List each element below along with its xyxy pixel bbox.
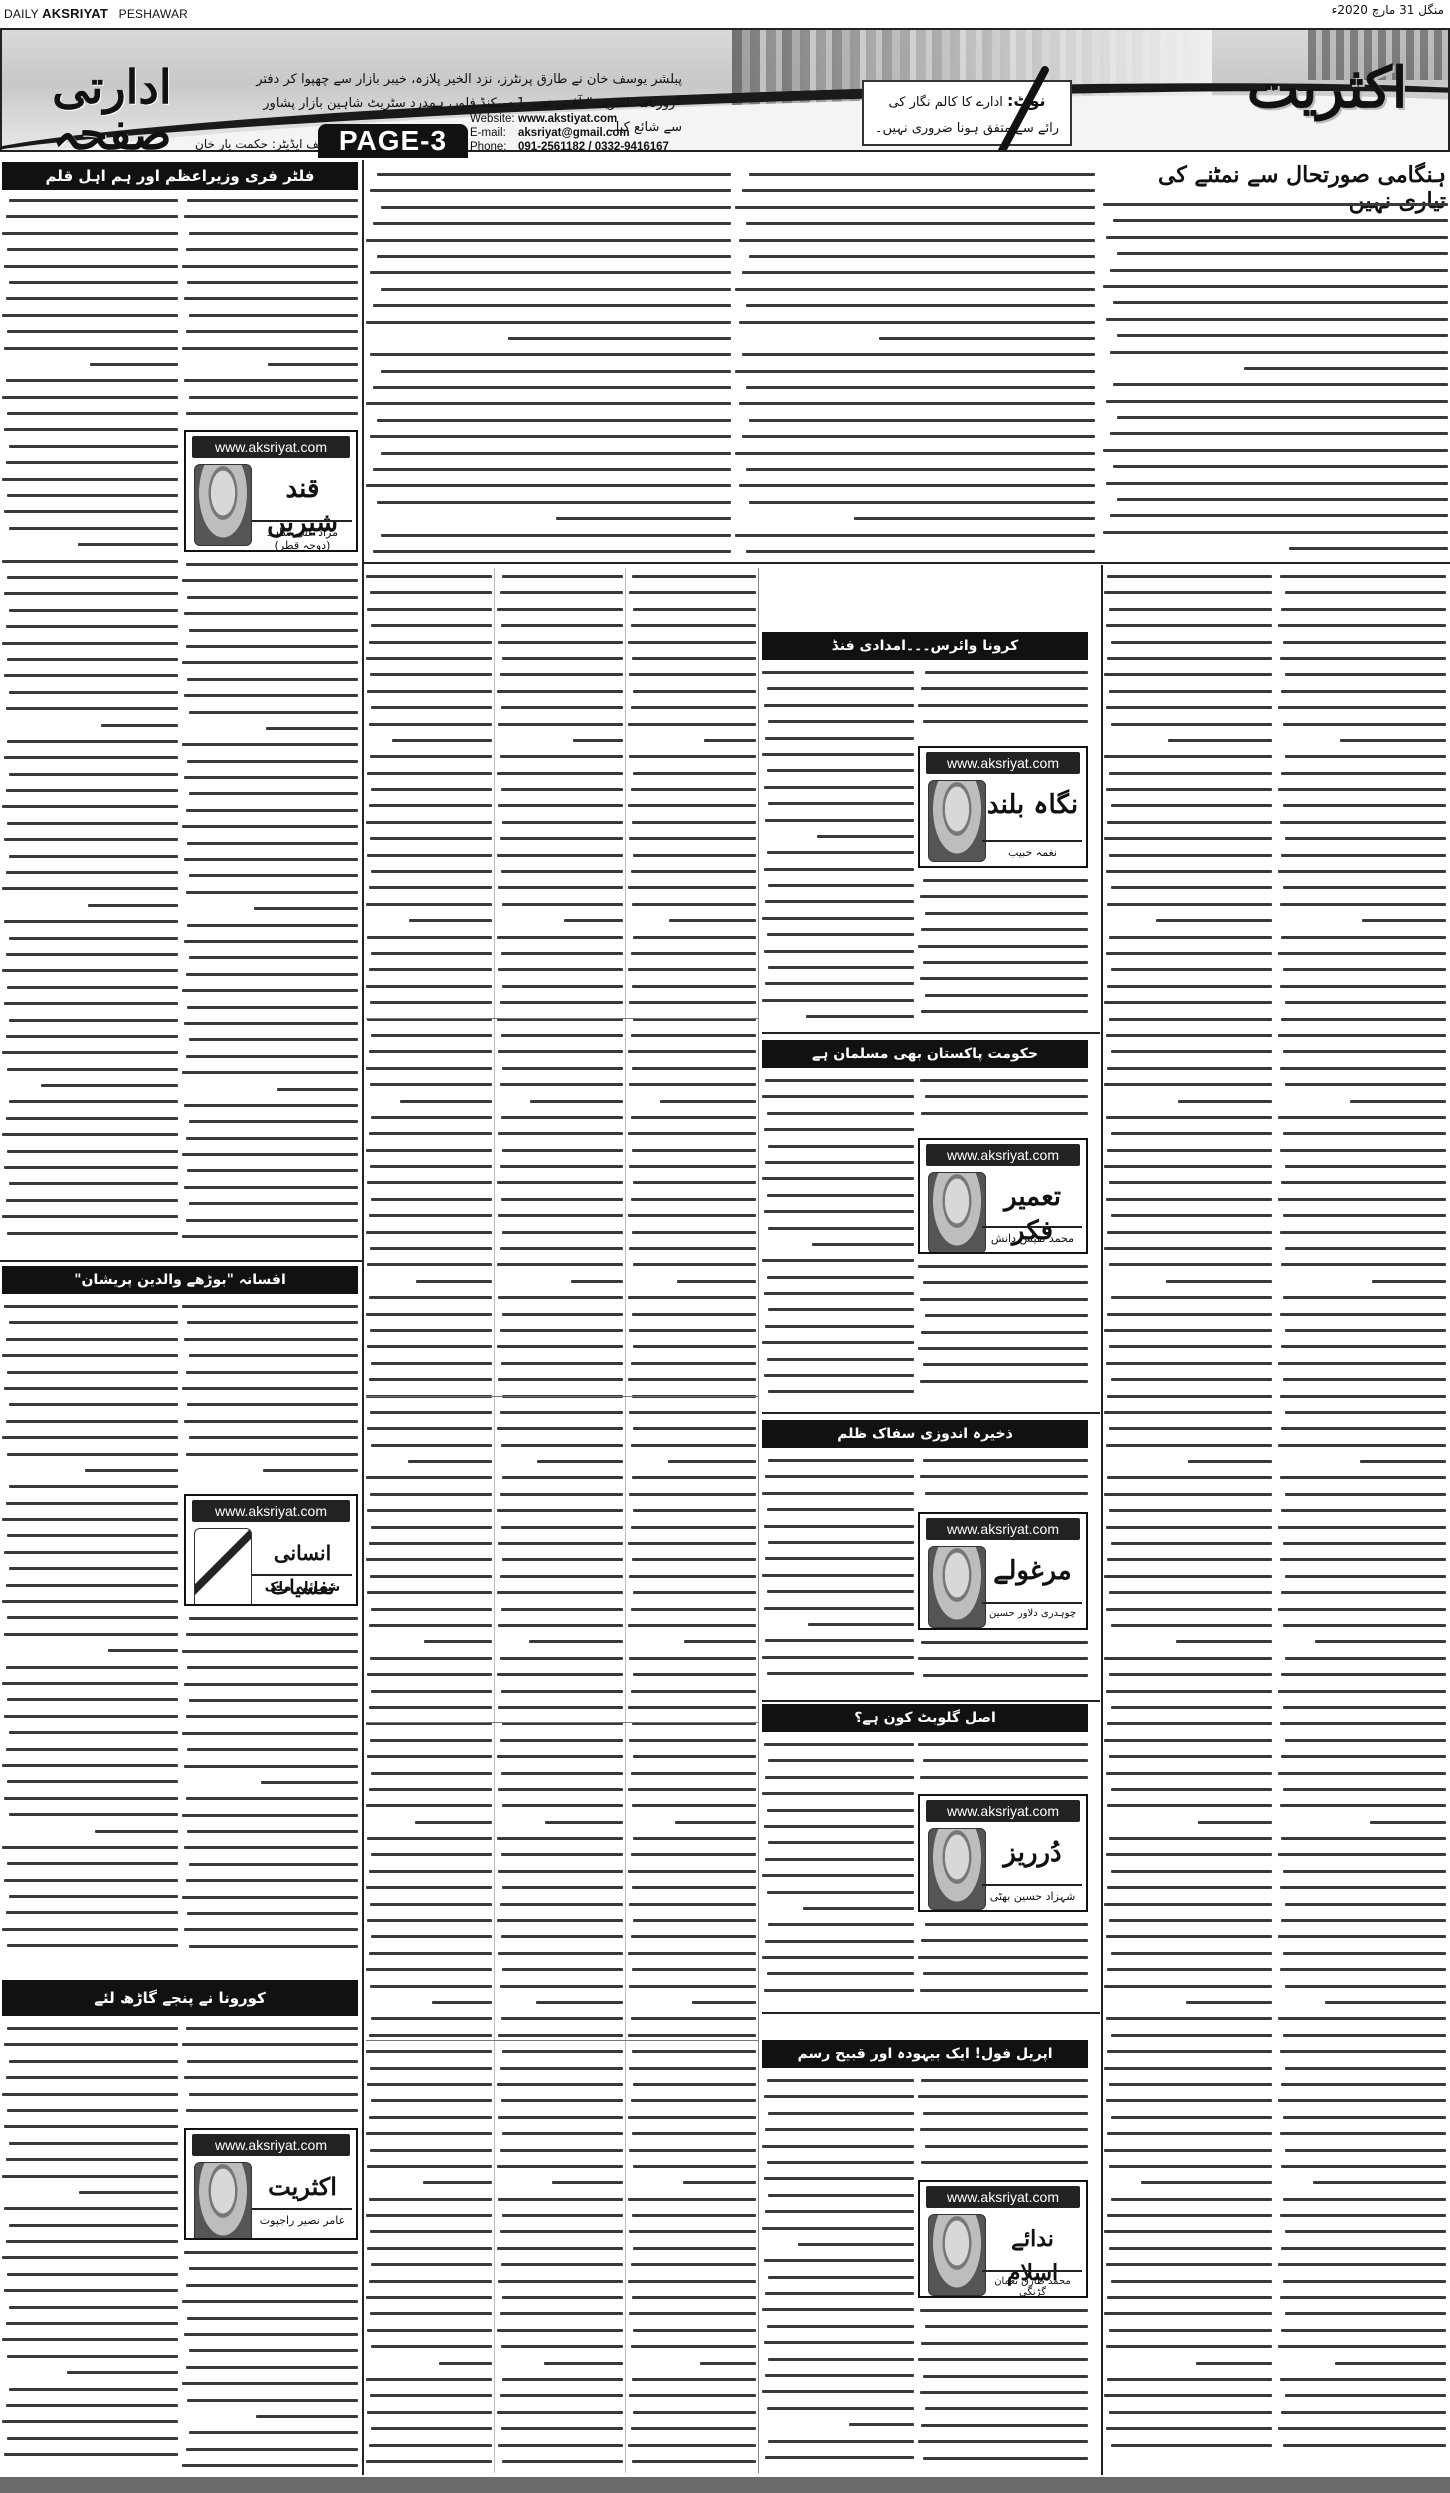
author-box: www.aksriyat.com قند شیریں مراد علی شاہد… [184,430,358,552]
author-name: چوہدری دلاور حسین [985,1608,1080,1619]
section-divider [366,1396,758,1397]
author-box: www.aksriyat.com مرغولے چوہدری دلاور حسی… [918,1512,1088,1630]
author-rule [982,840,1082,842]
author-box-url: www.aksriyat.com [926,1144,1080,1166]
author-photo [928,2214,986,2296]
page-footer-strip [0,2477,1450,2493]
disclaimer-note: نوٹ: ادارے کا کالم نگار کی رائے سے متفق … [862,80,1072,146]
column-divider [758,568,759,2473]
aksriyat-logo: اکثریت [1217,56,1437,120]
author-photo [928,780,986,862]
section-divider [762,1032,1100,1034]
website-label: Website: [470,112,518,126]
mid5-headline: اپریل فول! ایک بیہودہ اور قبیح رسم [762,2040,1088,2068]
section-divider [366,1018,758,1019]
section-divider [762,1412,1100,1414]
column-divider [362,160,364,2475]
column-divider [1101,565,1103,2475]
author-photo [928,1172,986,1254]
author-rule [252,1574,352,1576]
author-name: مراد علی شاہد (دوحہ قطر) [255,526,350,552]
left-middle-headline: افسانہ "بوڑھے والدین پریشان" [2,1266,358,1294]
author-photo [928,1828,986,1910]
author-box-url: www.aksriyat.com [926,2186,1080,2208]
author-name: شمائلہ ملک [255,1580,350,1595]
author-box-url: www.aksriyat.com [192,436,350,458]
phone-label: Phone: [470,140,518,154]
section-divider [364,562,1450,564]
article-body [762,664,914,1026]
author-box: www.aksriyat.com اکثریت عامر نصیر راجپوت [184,2128,358,2240]
author-photo [194,464,252,546]
left-bottom-headline: کورونا نے پنجے گاڑھ لئے [2,1980,358,2016]
author-rule [982,1226,1082,1228]
section-divider [366,2040,758,2041]
phone-number: 091-2561182 / 0332-9416167 [518,141,669,153]
author-box-url: www.aksriyat.com [926,752,1080,774]
page-number-badge: PAGE-3 [318,124,468,158]
chief-editor: چیف ایڈیٹر: حکمت یار خان [195,137,330,151]
article-body [628,568,756,2473]
article-body [2,2020,178,2475]
article-body [918,872,1088,1026]
author-box-url: www.aksriyat.com [192,1500,350,1522]
mid4-headline: اصل گلوبٹ کون ہے؟ [762,1704,1088,1732]
article-body [366,568,492,2473]
section-divider [762,1700,1100,1702]
section-divider [0,1260,362,1262]
masthead-strip: DAILY AKSRIYAT PESHAWAR منگل 31 مارچ 202… [0,0,1450,26]
note-text-2: رائے سے متفق ہونا ضروری نہیں۔ [872,116,1062,142]
author-box: www.aksriyat.com تعمیر فکر محمد نفیس دان… [918,1138,1088,1254]
article-body [762,1736,914,2008]
author-rule [982,2270,1082,2272]
column-title: اکثریت [255,2170,350,2204]
author-name: نغمہ حبیب [985,846,1080,859]
note-text-1: ادارے کا کالم نگار کی [888,95,1002,110]
paper-masthead: DAILY AKSRIYAT PESHAWAR [4,6,188,21]
section-divider [762,2012,1100,2014]
author-box: www.aksriyat.com نگاہ بلند نغمہ حبیب [918,746,1088,868]
paper-prefix: DAILY [4,7,39,21]
author-box: www.aksriyat.com دُرریز شہزاد حسین بھٹی [918,1794,1088,1912]
editorial-body [735,166,1095,560]
column-title: نگاہ بلند [985,788,1080,822]
article-body [762,1072,914,1402]
article-body [762,1452,914,1692]
author-name: عامر نصیر راجپوت [255,2214,350,2227]
author-box-url: www.aksriyat.com [192,2134,350,2156]
article-body [497,568,623,2473]
article-body [1278,568,1446,2468]
contact-info: Website:www.akstiyat.com E-mail:aksriyat… [470,112,669,154]
article-body [918,1916,1088,2008]
section-divider [366,1722,758,1723]
author-name: محمد نفیس دانش [985,1232,1080,1245]
author-rule [982,1602,1082,1604]
author-name: شہزاد حسین بھٹی [985,1890,1080,1903]
article-body [918,1634,1088,1692]
paper-name: AKSRIYAT [42,6,108,21]
article-body [918,2302,1088,2472]
mid2-headline: حکومت پاکستان بھی مسلمان ہے [762,1040,1088,1068]
article-body [182,1298,358,1488]
article-body [918,664,1088,744]
page-banner: ادارتی صفحہ پبلشر یوسف خان نے طارق پرنٹر… [0,28,1450,152]
article-body [182,1610,358,1970]
article-body [2,1298,178,1970]
article-body [918,1452,1088,1508]
author-rule [252,520,352,522]
article-body [918,1072,1088,1136]
column-divider [625,568,626,2473]
article-body [918,1736,1088,1792]
column-divider [494,568,495,2473]
author-rule [982,1884,1082,1886]
editorial-body [1103,196,1448,560]
author-photo [194,2162,252,2240]
article-body [918,1258,1088,1402]
paper-city: PESHAWAR [119,7,188,21]
article-body [182,2020,358,2125]
author-box-url: www.aksriyat.com [926,1518,1080,1540]
editorial-body [366,166,731,560]
article-body [182,192,358,427]
article-body [918,2072,1088,2176]
mid1-headline: کرونا وائرس۔۔۔امدادی فنڈ [762,632,1088,660]
author-rule [252,2208,352,2210]
section-title: ادارتی صفحہ [12,64,212,152]
website-link[interactable]: www.akstiyat.com [518,113,617,125]
email-label: E-mail: [470,126,518,140]
author-box: www.aksriyat.com ندائے اسلام محمد طارق ن… [918,2180,1088,2298]
article-body [762,2072,914,2472]
column-title: دُرریز [985,1836,1080,1870]
mid3-headline: ذخیرہ اندوزی سفاک ظلم [762,1420,1088,1448]
author-name: محمد طارق نعمان گڑنگی [985,2276,1080,2298]
article-body [182,556,358,1256]
issue-date: منگل 31 مارچ 2020ء [1332,3,1444,17]
article-body [182,2244,358,2475]
email-link[interactable]: aksriyat@gmail.com [518,127,630,139]
column-title: مرغولے [985,1554,1080,1588]
article-body [1104,568,1272,2468]
publisher-line-1: پبلشر یوسف خان نے طارق پرنٹرز، نزد الخیر… [252,68,682,92]
author-box: www.aksriyat.com انسانی نفسیات شمائلہ مل… [184,1494,358,1606]
left-top-headline: فلٹر فری وزیراعظم اور ہم اہل قلم [2,162,358,190]
author-photo [928,1546,986,1628]
quill-ink-icon [194,1528,252,1606]
author-box-url: www.aksriyat.com [926,1800,1080,1822]
article-body [2,192,178,1257]
